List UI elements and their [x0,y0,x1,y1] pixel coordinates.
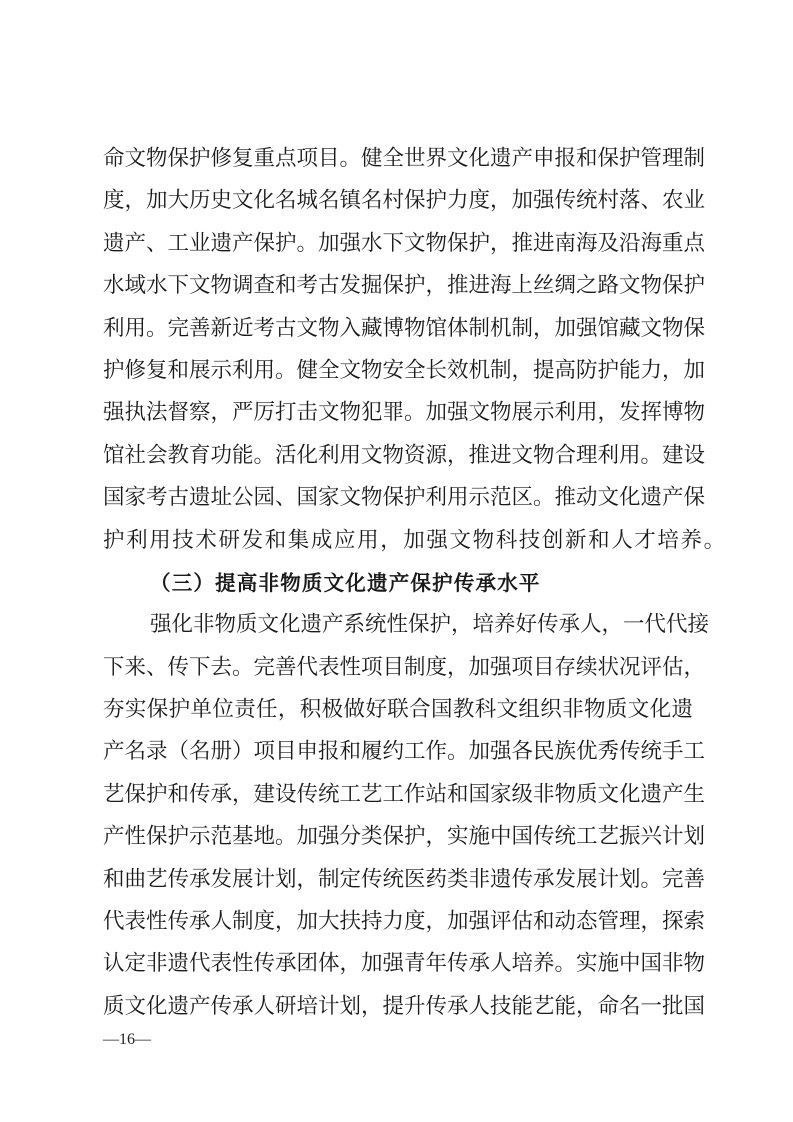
text-line: 利用。完善新近考古文物入藏博物馆体制机制，加强馆藏文物保 [103,313,693,355]
text-line: 艺保护和传承，建设传统工艺工作站和国家级非物质文化遗产生 [103,779,693,821]
text-line: 强执法督察，严厉打击文物犯罪。加强文物展示利用，发挥博物 [103,397,693,439]
text-line: 下来、传下去。完善代表性项目制度，加强项目存续状况评估， [103,652,693,694]
page-number: —16— [103,1031,151,1049]
body-text: 命文物保护修复重点项目。健全世界文化遗产申报和保护管理制 度，加大历史文化名城名… [103,143,693,1033]
text-line: 度，加大历史文化名城名镇名村保护力度，加强传统村落、农业 [103,185,693,227]
section-heading: （三）提高非物质文化遗产保护传承水平 [103,567,693,609]
text-line: 命文物保护修复重点项目。健全世界文化遗产申报和保护管理制 [103,143,693,185]
text-line: 遗产、工业遗产保护。加强水下文物保护，推进南海及沿海重点 [103,228,693,270]
paragraph-first-line: 强化非物质文化遗产系统性保护，培养好传承人，一代代接 [103,609,693,651]
text-line: 质文化遗产传承人研培计划，提升传承人技能艺能，命名一批国 [103,991,693,1033]
text-line: 夯实保护单位责任，积极做好联合国教科文组织非物质文化遗 [103,694,693,736]
text-line: 和曲艺传承发展计划，制定传统医药类非遗传承发展计划。完善 [103,864,693,906]
text-line: 认定非遗代表性传承团体，加强青年传承人培养。实施中国非物 [103,948,693,990]
text-line: 护修复和展示利用。健全文物安全长效机制，提高防护能力，加 [103,355,693,397]
text-line: 馆社会教育功能。活化利用文物资源，推进文物合理利用。建设 [103,440,693,482]
paragraph-last-line: 护利用技术研发和集成应用，加强文物科技创新和人才培养。 [103,525,693,567]
text-line: 产性保护示范基地。加强分类保护，实施中国传统工艺振兴计划 [103,821,693,863]
text-line: 代表性传承人制度，加大扶持力度，加强评估和动态管理，探索 [103,906,693,948]
text-line: 产名录（名册）项目申报和履约工作。加强各民族优秀传统手工 [103,736,693,778]
document-page: 命文物保护修复重点项目。健全世界文化遗产申报和保护管理制 度，加大历史文化名城名… [0,0,793,1122]
text-line: 国家考古遗址公园、国家文物保护利用示范区。推动文化遗产保 [103,482,693,524]
text-line: 水域水下文物调查和考古发掘保护，推进海上丝绸之路文物保护 [103,270,693,312]
